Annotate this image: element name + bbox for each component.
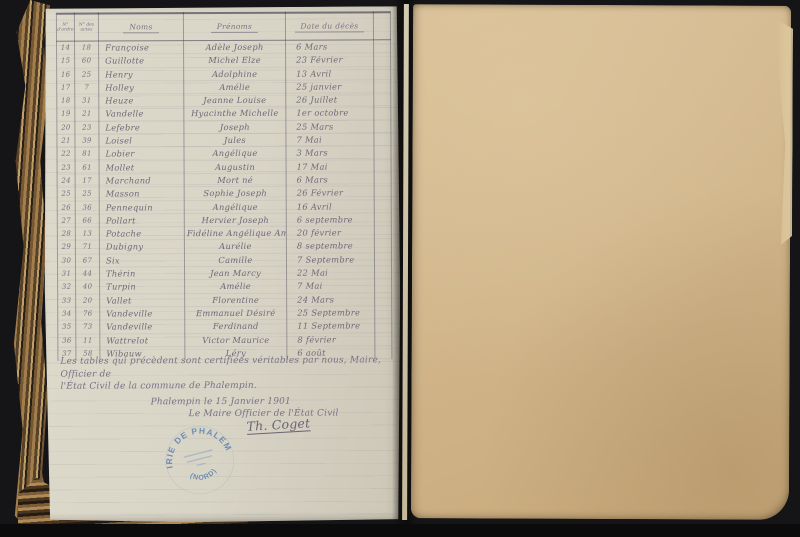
table-cell-observations	[374, 173, 391, 186]
table-cell: Victor Maurice	[185, 333, 287, 347]
column-header-order-number: N° d'ordre	[56, 14, 74, 42]
table-cell: Henry	[99, 67, 184, 81]
table-cell-observations	[375, 279, 392, 292]
table-cell: 6 Mars	[286, 40, 374, 54]
table-cell: 1er octobre	[286, 106, 374, 120]
table-cell: 23	[57, 161, 75, 174]
certification-line-1: Les tables qui précèdent sont certifiées…	[60, 354, 394, 380]
table-cell: Adèle Joseph	[184, 40, 286, 54]
table-cell-observations	[374, 159, 391, 172]
table-cell: Pennequin	[99, 200, 184, 214]
table-cell: 17	[75, 174, 99, 187]
table-cell: Françoise	[99, 41, 184, 55]
table-cell-observations	[375, 332, 392, 345]
table-cell-observations	[374, 226, 391, 239]
table-cell: 17	[57, 81, 75, 94]
page-edges-left	[6, 0, 50, 537]
table-cell: 20 février	[286, 226, 374, 240]
table-cell-observations	[374, 66, 391, 79]
right-page-blank	[411, 4, 791, 520]
table-cell: Turpin	[100, 280, 185, 294]
table-cell-observations	[374, 120, 391, 133]
column-header-date-deces: Date du décès	[285, 12, 373, 40]
table-cell: Potache	[99, 227, 184, 241]
table-cell: 24 Mars	[287, 292, 375, 306]
table-cell: 25	[75, 68, 99, 81]
column-header-noms: Noms	[98, 13, 183, 41]
table-cell: 7 Mai	[286, 133, 374, 147]
table-cell: 8 septembre	[286, 239, 374, 253]
table-row: 3067SixCamille7 Septembre	[57, 253, 391, 268]
table-cell: Vallet	[100, 293, 185, 307]
table-cell: 7 Mai	[287, 279, 375, 293]
table-cell: 67	[75, 254, 99, 267]
table-cell: 25 Mars	[286, 120, 374, 134]
table-cell: Angélique	[184, 200, 286, 214]
stamp-faded-line	[196, 463, 205, 467]
table-body: 1418FrançoiseAdèle Joseph6 Mars1560Guill…	[57, 40, 392, 361]
table-cell: Michel Elze	[184, 54, 286, 68]
table-cell-observations	[374, 80, 391, 93]
table-row: 1921VandelleHyacinthe Michelle1er octobr…	[57, 106, 391, 121]
table-cell: 33	[58, 294, 76, 307]
table-cell: 27	[57, 214, 75, 227]
table-cell: 11 Septembre	[287, 319, 375, 333]
table-cell: Camille	[184, 253, 286, 267]
table-cell: 18	[75, 41, 99, 54]
table-cell: 11	[76, 334, 100, 347]
table-cell-observations	[374, 40, 391, 53]
table-row: 3573VandevilleFerdinand11 Septembre	[58, 319, 392, 334]
table-cell: Guillotte	[99, 54, 184, 68]
table-cell: 13 Avril	[286, 66, 374, 80]
table-cell-observations	[375, 266, 392, 279]
table-cell: 26	[57, 201, 75, 214]
table-cell: Mollet	[99, 160, 184, 174]
table-cell: Amélie	[184, 80, 286, 94]
table-cell: Jeanne Louise	[184, 93, 286, 107]
table-cell: 14	[57, 41, 75, 54]
table-row: 2525MassonSophie Joseph26 Février	[57, 186, 391, 201]
table-cell: Vandeville	[100, 307, 185, 321]
table-cell: 17 Mai	[286, 160, 374, 174]
table-cell: 22	[57, 148, 75, 161]
table-cell: 31	[75, 94, 99, 107]
certification-line-2: l'État Civil de la commune de Phalempin.	[61, 379, 395, 393]
table-cell: Dubigny	[99, 240, 184, 254]
table-cell: 13	[75, 227, 99, 240]
table-cell: Hervier Joseph	[184, 213, 286, 227]
table-cell: Thérin	[100, 267, 185, 281]
table-cell: 19	[57, 108, 75, 121]
table-cell: 25 janvier	[286, 80, 374, 94]
table-cell-observations	[374, 93, 391, 106]
table-cell: Pollart	[99, 214, 184, 228]
table-cell: 30	[57, 254, 75, 267]
table-cell: 21	[75, 108, 99, 121]
table-cell-observations	[374, 146, 391, 159]
left-page: N° d'ordre N° des actes Noms Prénoms Dat…	[43, 6, 401, 523]
table-cell: Hyacinthe Michelle	[184, 107, 286, 121]
table-cell: 16	[57, 68, 75, 81]
table-cell: 39	[75, 134, 99, 147]
table-cell: Sophie Joseph	[184, 186, 286, 200]
table-cell-observations	[375, 306, 392, 319]
table-cell: Loisel	[99, 134, 184, 148]
table-row: 1560GuillotteMichel Elze23 Février	[57, 53, 391, 68]
table-cell: Joseph	[184, 120, 286, 134]
table-cell: Lobier	[99, 147, 184, 161]
table-cell: Vandelle	[99, 107, 184, 121]
table-cell: 26 Juillet	[286, 93, 374, 107]
table-cell-observations	[374, 239, 391, 252]
table-cell: 71	[75, 240, 99, 253]
table-cell: 25	[75, 187, 99, 200]
table-cell: 7	[75, 81, 99, 94]
column-header-observations	[373, 12, 390, 40]
table-row: 3476VandevilleEmmanuel Désiré25 Septembr…	[58, 306, 392, 321]
table-row: 177HolleyAmélie25 janvier	[57, 80, 391, 95]
table-cell-observations	[374, 133, 391, 146]
register-book-photo: N° d'ordre N° des actes Noms Prénoms Dat…	[0, 0, 800, 537]
stamp-bottom-text: (NORD)	[187, 466, 220, 485]
table-cell: 60	[75, 54, 99, 67]
table-cell: 16 Avril	[286, 199, 374, 213]
table-cell: 76	[76, 307, 100, 320]
column-header-prenoms: Prénoms	[183, 13, 285, 41]
table-cell: Heuze	[99, 94, 184, 108]
table-cell: Adolphine	[184, 67, 286, 81]
table-cell: Florentine	[185, 293, 287, 307]
table-cell: Jean Marcy	[185, 266, 287, 280]
table-cell: Amélie	[185, 280, 287, 294]
table-cell: 3 Mars	[286, 146, 374, 160]
table-cell-observations	[374, 53, 391, 66]
right-page-torn-edge	[776, 20, 793, 245]
table-cell: 21	[57, 134, 75, 147]
table-cell: 31	[58, 267, 76, 280]
book-bottom-shadow	[0, 524, 800, 537]
table-cell: Mort né	[184, 173, 286, 187]
table-cell: Augustin	[184, 160, 286, 174]
table-cell: 40	[76, 280, 100, 293]
table-cell: 22 Mai	[287, 266, 375, 280]
table-cell: 29	[57, 241, 75, 254]
table-cell: 23	[75, 121, 99, 134]
table-cell: 15	[57, 54, 75, 67]
table-cell-observations	[374, 186, 391, 199]
table-cell: 28	[57, 227, 75, 240]
table-cell-observations	[375, 319, 392, 332]
table-cell: 44	[76, 267, 100, 280]
table-cell-observations	[374, 253, 391, 266]
table-cell-observations	[374, 106, 391, 119]
table-cell: 8 février	[287, 332, 375, 346]
register-table: N° d'ordre N° des actes Noms Prénoms Dat…	[56, 11, 393, 361]
table-cell: 24	[57, 174, 75, 187]
table-cell: 36	[75, 201, 99, 214]
table-cell: Lefebre	[99, 120, 184, 134]
table-cell: 61	[75, 161, 99, 174]
table-cell: 34	[58, 307, 76, 320]
table-cell: Marchand	[99, 174, 184, 188]
table-cell: Vandeville	[100, 320, 185, 334]
table-cell: 6 septembre	[286, 213, 374, 227]
table-cell: Six	[99, 253, 184, 267]
column-header-act-number: N° des actes	[74, 14, 98, 42]
table-cell: Jules	[184, 133, 286, 147]
table-row: 2766PollartHervier Joseph6 septembre	[57, 213, 391, 228]
table-cell: 20	[57, 121, 75, 134]
table-cell: 23 Février	[286, 53, 374, 67]
table-cell: Aurélie	[184, 240, 286, 254]
table-row: 2971DubignyAurélie8 septembre	[57, 239, 391, 254]
table-cell: 36	[58, 334, 76, 347]
table-cell: 18	[57, 94, 75, 107]
table-cell-observations	[374, 199, 391, 212]
table-cell: 26 Février	[286, 186, 374, 200]
table-cell: Emmanuel Désiré	[185, 306, 287, 320]
table-cell: Wattrelot	[100, 333, 185, 347]
table-cell: 20	[76, 294, 100, 307]
table-cell: 6 Mars	[286, 173, 374, 187]
table-cell: 25	[57, 187, 75, 200]
table-cell: 81	[75, 147, 99, 160]
table-cell: 66	[75, 214, 99, 227]
table-cell: 35	[58, 320, 76, 333]
table-cell-observations	[374, 213, 391, 226]
table-cell: Ferdinand	[185, 319, 287, 333]
table-cell: Fidéline Angélique Amélie	[184, 226, 286, 240]
table-cell-observations	[375, 292, 392, 305]
table-cell: 7 Septembre	[286, 253, 374, 267]
table-header-row: N° d'ordre N° des actes Noms Prénoms Dat…	[56, 12, 390, 41]
table-cell: 25 Septembre	[287, 306, 375, 320]
table-cell: Angélique	[184, 147, 286, 161]
table-cell: Masson	[99, 187, 184, 201]
table-cell: 32	[58, 280, 76, 293]
table-cell: 73	[76, 320, 100, 333]
table-cell: Holley	[99, 81, 184, 95]
